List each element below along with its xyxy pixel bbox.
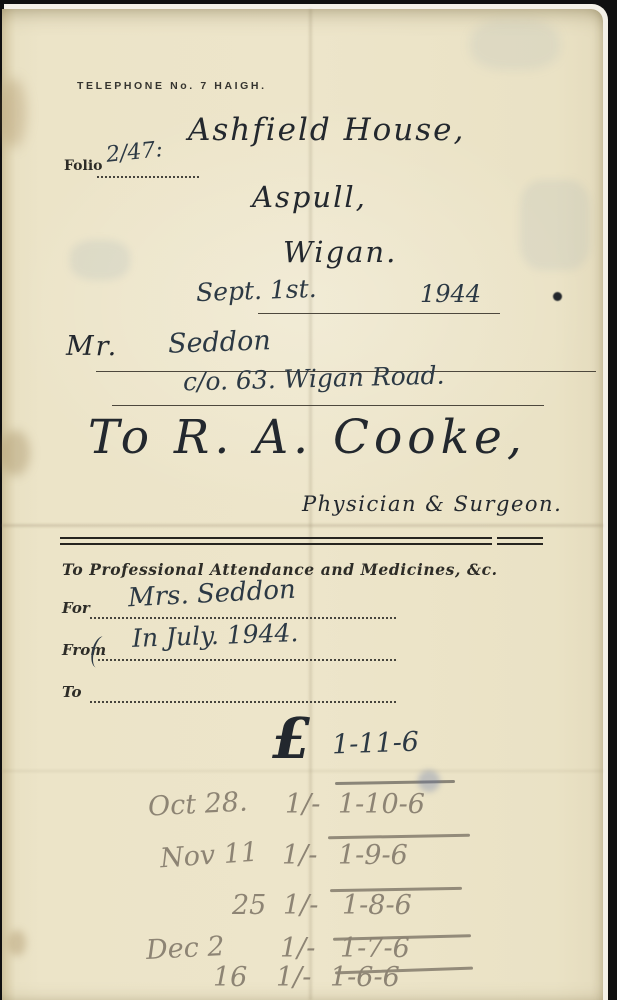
to-label: To: [62, 683, 81, 701]
ledger-fee: 1/-: [276, 962, 311, 993]
ledger-date: 16: [213, 962, 247, 993]
address-baseline: [112, 405, 544, 406]
payee-title: Physician & Surgeon.: [302, 492, 562, 516]
ledger-fee: 1/-: [283, 890, 318, 921]
ledger-balance: 1-7-6: [340, 933, 410, 964]
from-value: In July. 1944.: [132, 618, 299, 653]
for-label: For: [62, 599, 90, 617]
amount-value: 1-11-6: [331, 726, 419, 760]
ledger-date: Dec 2: [145, 931, 225, 966]
ledger-balance: 1-8-6: [342, 890, 412, 921]
ledger-date: Oct 28.: [147, 786, 248, 822]
double-rule: [60, 537, 492, 545]
ledger-date: 25: [232, 890, 266, 921]
payee-name: To R. A. Cooke,: [88, 410, 527, 465]
addressee-prefix: Mr.: [66, 331, 118, 362]
letterhead-town: Wigan.: [283, 235, 397, 269]
to-dotted-line: [90, 683, 396, 703]
ledger-balance: 1-6-6: [330, 962, 400, 993]
horizontal-fold-crease: [2, 524, 603, 527]
ledger-fee: 1/-: [282, 840, 317, 871]
date-handwritten: Sept. 1st.: [196, 274, 318, 307]
letterhead-village: Aspull,: [252, 180, 367, 214]
ledger-fee: 1/-: [280, 933, 315, 964]
ledger-fee: 1/-: [285, 789, 320, 820]
ledger-balance: 1-9-6: [338, 840, 408, 871]
addressee-name: Seddon: [167, 325, 271, 360]
ledger-balance: 1-10-6: [338, 789, 425, 820]
telephone-line: TELEPHONE No. 7 HAIGH.: [77, 80, 267, 92]
letterhead-house: Ashfield House,: [188, 112, 465, 148]
pound-sign: £: [272, 706, 313, 772]
scanned-invoice: TELEPHONE No. 7 HAIGH. Ashfield House, F…: [0, 0, 617, 1000]
date-year: 1944: [420, 280, 481, 308]
date-baseline: [258, 313, 500, 314]
double-rule-end: [497, 537, 543, 545]
